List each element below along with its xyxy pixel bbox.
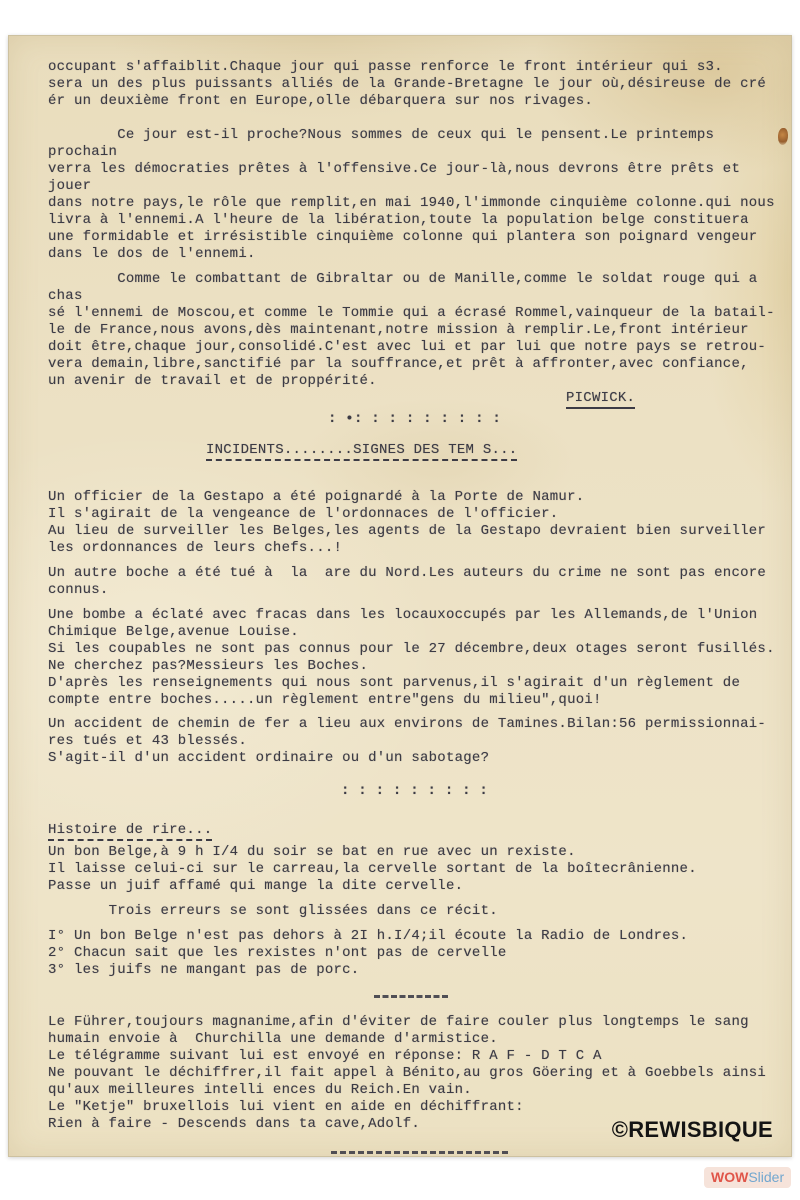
- line-trois-erreurs: Trois erreurs se sont glissées dans ce r…: [48, 903, 785, 920]
- section-heading-histoire-de-rire: Histoire de rire...: [48, 822, 785, 839]
- list-trois-erreurs: I° Un bon Belge n'est pas dehors à 2I h.…: [48, 928, 785, 979]
- typewritten-content: occupant s'affaiblit.Chaque jour qui pas…: [9, 36, 791, 1154]
- paragraph-front-interieur: occupant s'affaiblit.Chaque jour qui pas…: [48, 59, 785, 110]
- paragraph-boche-gare-du-nord: Un autre boche a été tué à la are du Nor…: [48, 565, 785, 599]
- paper-sheet: occupant s'affaiblit.Chaque jour qui pas…: [8, 35, 792, 1157]
- signature-picwick: PICWICK.: [566, 390, 785, 407]
- paragraph-accident-tamines: Un accident de chemin de fer a lieu aux …: [48, 716, 785, 767]
- dashed-separator-bottom: [331, 1151, 508, 1154]
- paragraph-fuhrer-armistice: Le Führer,toujours magnanime,afin d'évit…: [48, 1014, 785, 1133]
- wowslider-badge[interactable]: WOWSlider: [704, 1167, 791, 1188]
- watermark-rewisbique: ©REWISBIQUE: [612, 1117, 773, 1143]
- paragraph-ce-jour: Ce jour est-il proche?Nous sommes de ceu…: [48, 127, 785, 263]
- section-heading-incidents: INCIDENTS........SIGNES DES TEM S...: [206, 442, 785, 459]
- badge-wow-text: WOW: [711, 1169, 748, 1185]
- heading-histoire-text: Histoire de rire...: [48, 822, 212, 841]
- badge-slider-text: Slider: [748, 1169, 784, 1185]
- dashed-separator-middle: [374, 995, 448, 998]
- paragraph-bombe-union-chimique: Une bombe a éclaté avec fracas dans les …: [48, 607, 785, 709]
- signature-text: PICWICK.: [566, 390, 635, 409]
- colon-separator-top: : •: : : : : : : : :: [328, 411, 785, 428]
- heading-incidents-text: INCIDENTS........SIGNES DES TEM S...: [206, 442, 517, 461]
- colon-separator-middle: : : : : : : : : :: [341, 783, 785, 800]
- paragraph-histoire-de-rire: Un bon Belge,à 9 h I/4 du soir se bat en…: [48, 844, 785, 895]
- paragraph-gestapo: Un officier de la Gestapo a été poignard…: [48, 489, 785, 557]
- paragraph-comme-le-combattant: Comme le combattant de Gibraltar ou de M…: [48, 271, 785, 390]
- scanned-document-page: occupant s'affaiblit.Chaque jour qui pas…: [0, 0, 800, 1200]
